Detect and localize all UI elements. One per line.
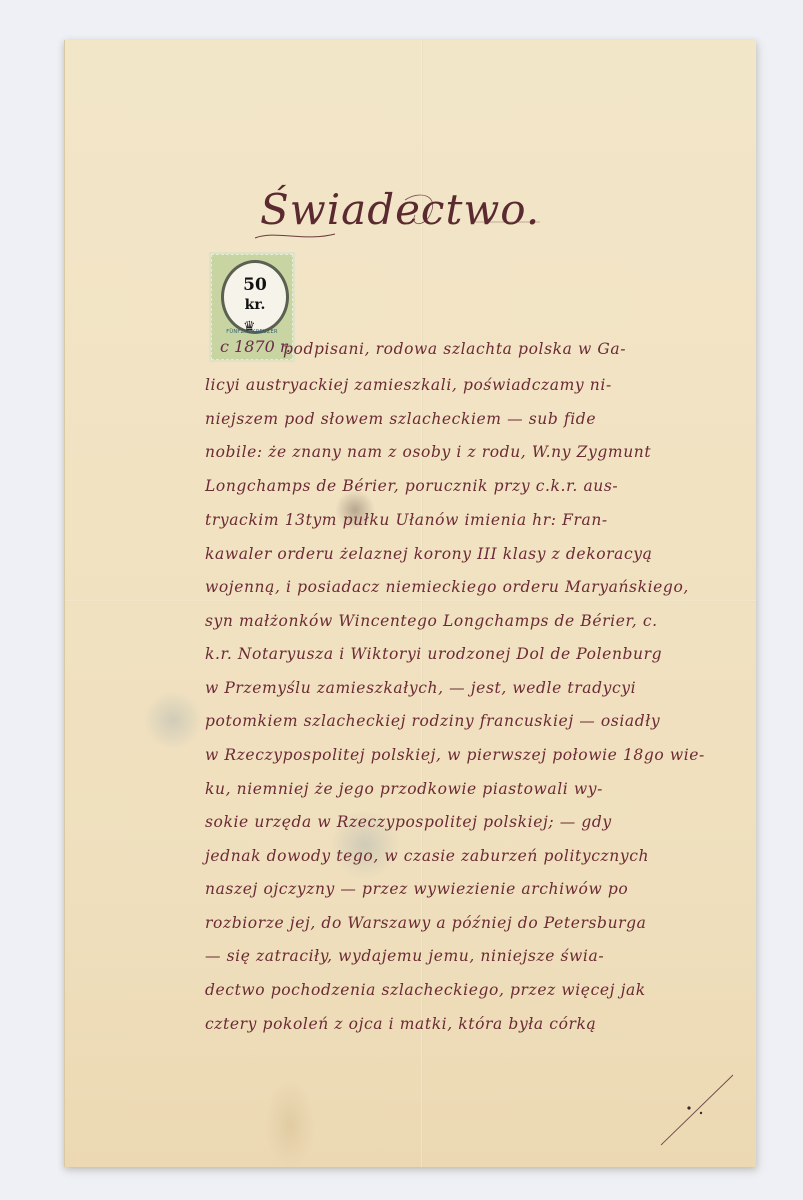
text-line: potomkiem szlacheckiej rodziny francuski… — [205, 712, 660, 730]
document-title: Świadectwo. — [260, 185, 540, 234]
text-line: w Rzeczypospolitej polskiej, w pierwszej… — [205, 746, 705, 764]
text-line: licyi austryackiej zamieszkali, poświadc… — [205, 376, 612, 394]
text-line: kawaler orderu żelaznej korony III klasy… — [205, 545, 652, 563]
text-line: rozbiorze jej, do Warszawy a później do … — [205, 914, 647, 932]
document-paper: Świadectwo. 50 kr. ♛ FÜNFZIG KREUZER c 1… — [64, 40, 756, 1167]
text-line: nobile: że znany nam z osoby i z rodu, W… — [205, 443, 651, 461]
text-line: — się zatraciły, wydajemu jemu, niniejsz… — [205, 947, 604, 965]
foxing-stain — [265, 1080, 315, 1170]
text-line: podpisani, rodowa szlachta polska w Ga- — [283, 340, 626, 358]
stamp-cancellation: c 1870 r. — [220, 337, 291, 356]
horizontal-fold — [65, 600, 756, 602]
stamp-legend: FÜNFZIG KREUZER — [214, 329, 290, 335]
text-line: k.r. Notaryusza i Wiktoryi urodzonej Dol… — [205, 645, 662, 663]
text-line: tryackim 13tym pułku Ułanów imienia hr: … — [205, 511, 608, 529]
text-line: cztery pokoleń z ojca i matki, która był… — [205, 1015, 596, 1033]
text-line: ku, niemniej że jego przodkowie piastowa… — [205, 780, 603, 798]
text-line: sokie urzęda w Rzeczypospolitej polskiej… — [205, 813, 612, 831]
text-line: syn małżonków Wincentego Longchamps de B… — [205, 612, 658, 630]
revenue-stamp: 50 kr. ♛ FÜNFZIG KREUZER c 1870 r. — [211, 254, 293, 360]
text-line: w Przemyślu zamieszkałych, — jest, wedle… — [205, 679, 636, 697]
continuation-mark — [653, 1070, 743, 1150]
text-line: wojenną, i posiadacz niemieckiego orderu… — [205, 578, 689, 596]
text-line: dectwo pochodzenia szlacheckiego, przez … — [205, 981, 646, 999]
water-stain — [143, 690, 203, 750]
text-line: niejszem pod słowem szlacheckiem — sub f… — [205, 410, 596, 428]
stamp-unit: kr. — [224, 297, 286, 313]
stamp-value: 50 — [224, 275, 286, 295]
text-line: Longchamps de Bérier, porucznik przy c.k… — [205, 477, 618, 495]
text-line: naszej ojczyzny — przez wywiezienie arch… — [205, 880, 628, 898]
text-line: jednak dowody tego, w czasie zaburzeń po… — [205, 847, 649, 865]
